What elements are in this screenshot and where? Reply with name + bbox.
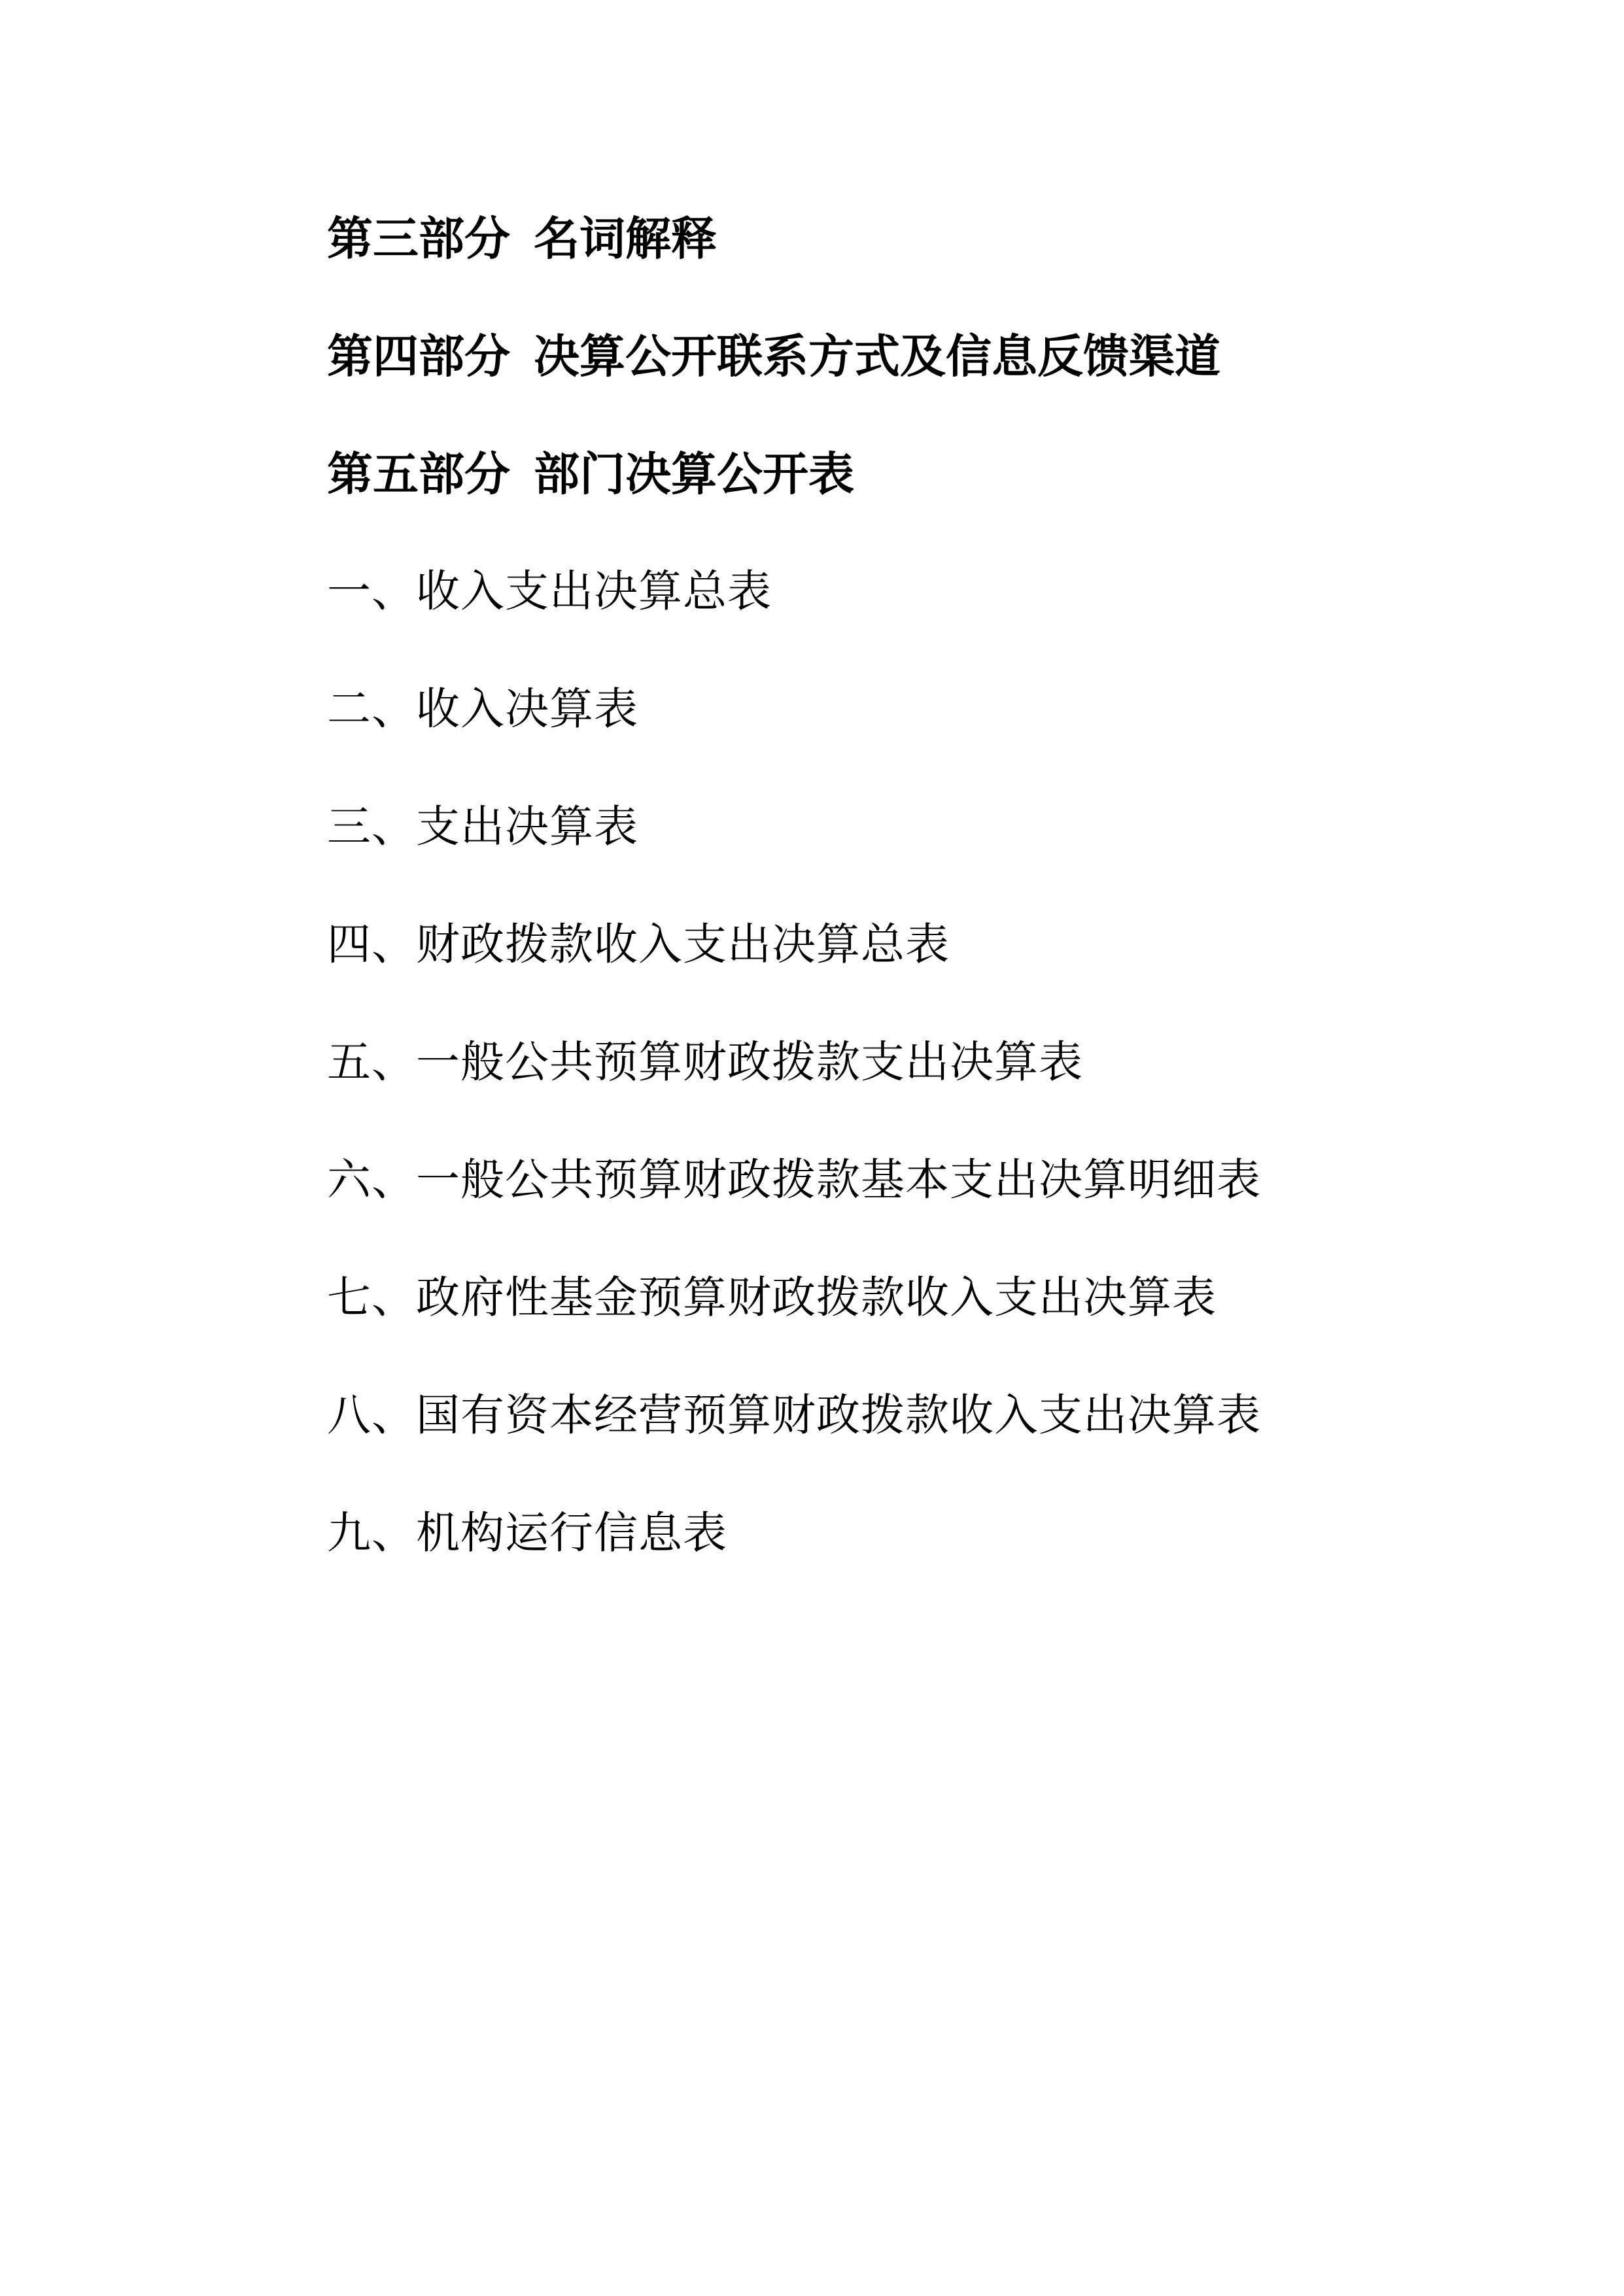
toc-item: 一、收入支出决算总表 [327, 568, 1546, 616]
toc-item: 八、国有资本经营预算财政拨款收入支出决算表 [327, 1392, 1546, 1440]
toc-item: 六、一般公共预算财政拨款基本支出决算明细表 [327, 1156, 1546, 1205]
toc-item: 五、一般公共预算财政拨款支出决算表 [327, 1038, 1546, 1087]
toc-item: 七、政府性基金预算财政拨款收入支出决算表 [327, 1274, 1546, 1322]
section-heading: 第三部分名词解释 [327, 214, 1546, 263]
toc-item: 九、机构运行信息表 [327, 1509, 1546, 1558]
section-heading: 第五部分部门决算公开表 [327, 450, 1546, 498]
section-heading-label: 第五部分 [327, 449, 510, 500]
section-heading-title: 名词解释 [534, 213, 717, 264]
section-heading-label: 第三部分 [327, 213, 510, 264]
toc-item: 二、收入决算表 [327, 685, 1546, 734]
toc-item: 四、财政拨款收入支出决算总表 [327, 921, 1546, 969]
document-page: 第三部分名词解释 第四部分决算公开联系方式及信息反馈渠道 第五部分部门决算公开表… [0, 0, 1624, 2296]
section-heading-label: 第四部分 [327, 331, 510, 382]
section-heading-title: 决算公开联系方式及信息反馈渠道 [534, 331, 1220, 382]
document-content: 第三部分名词解释 第四部分决算公开联系方式及信息反馈渠道 第五部分部门决算公开表… [327, 214, 1546, 1627]
toc-item: 三、支出决算表 [327, 803, 1546, 851]
section-heading-title: 部门决算公开表 [534, 449, 854, 500]
section-heading: 第四部分决算公开联系方式及信息反馈渠道 [327, 332, 1546, 381]
